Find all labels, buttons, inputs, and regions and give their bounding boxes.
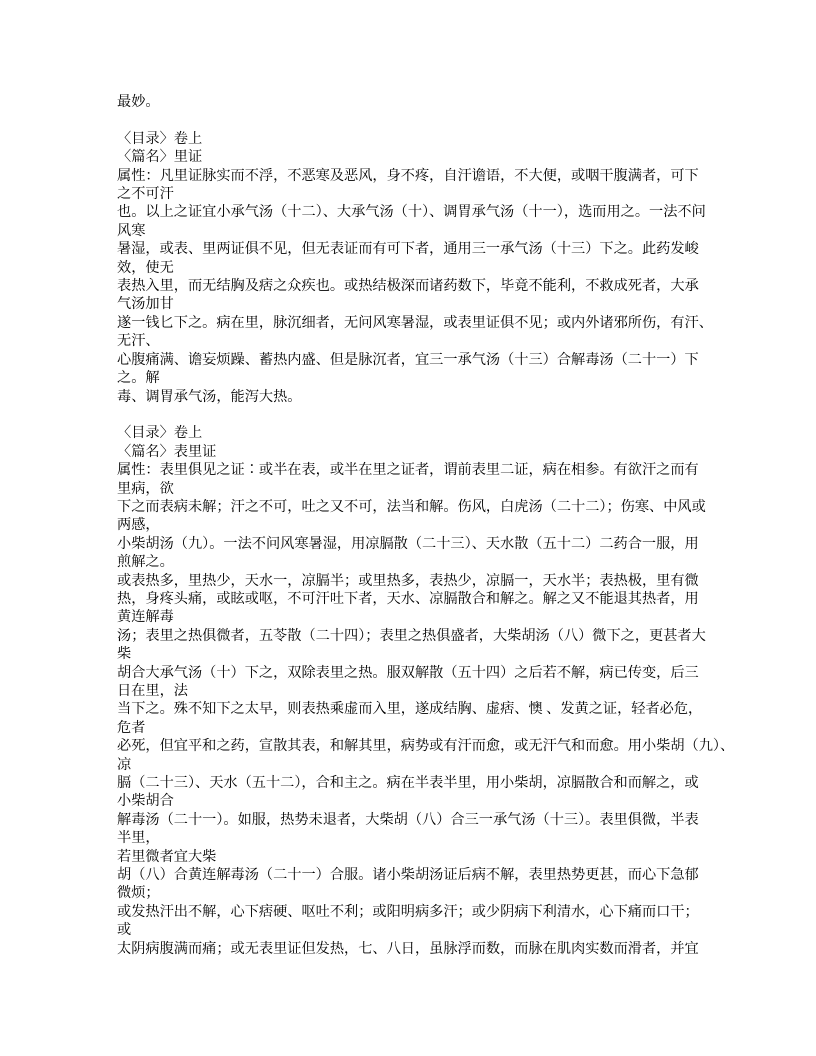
text-line: 也。以上之证宜小承气汤（十二）、大承气汤（十）、调胃承气汤（十一），选而用之。一…	[117, 203, 726, 221]
text-line: 柴	[117, 645, 726, 663]
text-line: 风寒	[117, 222, 726, 240]
text-line: 下之而表病未解；汗之不可，吐之又不可，法当和解。伤风，白虎汤（二十二）；伤寒、中…	[117, 498, 726, 516]
text-line: 表热入里，而无结胸及痞之众疾也。或热结极深而诸药数下，毕竟不能利，不救成死者，大…	[117, 277, 726, 295]
text-line: 〈目录〉卷上	[117, 130, 726, 148]
text-line: 凉	[117, 756, 726, 774]
text-line: 或发热汗出不解，心下痞硬、呕吐不利；或阳明病多汗；或少阴病下利清水，心下痛而口干…	[117, 903, 726, 921]
text-line: 微烦；	[117, 884, 726, 902]
text-line: 两感，	[117, 516, 726, 534]
text-line: 气汤加甘	[117, 295, 726, 313]
text-line: 胡合大承气汤（十）下之，双除表里之热。服双解散（五十四）之后若不解，病已传变，后…	[117, 664, 726, 682]
text-line: 遂一钱匕下之。病在里，脉沉细者，无问风寒暑湿，或表里证俱不见；或内外诸邪所伤，有…	[117, 314, 726, 332]
text-line: 无汗、	[117, 332, 726, 350]
text-line: 〈篇名〉里证	[117, 148, 726, 166]
blank-line	[117, 111, 726, 129]
text-line: 暑湿，或表、里两证俱不见，但无表证而有可下者，通用三一承气汤（十三）下之。此药发…	[117, 240, 726, 258]
text-line: 之。解	[117, 369, 726, 387]
text-line: 小柴胡合	[117, 792, 726, 810]
text-line: 煎解之。	[117, 553, 726, 571]
text-line: 半里，	[117, 829, 726, 847]
text-line: 胡（八）合黄连解毒汤（二十一）合服。诸小柴胡汤证后病不解，表里热势更甚，而心下急…	[117, 866, 726, 884]
blank-line	[117, 406, 726, 424]
text-line: 或表热多，里热少，天水一，凉膈半；或里热多，表热少，凉膈一，天水半；表热极，里有…	[117, 572, 726, 590]
text-line: 里病，欲	[117, 480, 726, 498]
text-line: 毒、调胃承气汤，能泻大热。	[117, 388, 726, 406]
text-line: 必死，但宜平和之药，宣散其表，和解其里，病势或有汗而愈，或无汗气和而愈。用小柴胡…	[117, 737, 726, 755]
text-line: 解毒汤（二十一）。如服，热势未退者，大柴胡（八）合三一承气汤（十三）。表里俱微，…	[117, 811, 726, 829]
document-body: 最妙。 〈目录〉卷上〈篇名〉里证属性：凡里证脉实而不浮，不恶寒及恶风，身不疼，自…	[117, 93, 726, 958]
text-line: 太阴病腹满而痛；或无表里证但发热，七、八日，虽脉浮而数，而脉在肌肉实数而滑者，并…	[117, 940, 726, 958]
document-page: 最妙。 〈目录〉卷上〈篇名〉里证属性：凡里证脉实而不浮，不恶寒及恶风，身不疼，自…	[0, 0, 816, 1056]
text-line: 心腹痛满、谵妄烦躁、蓄热内盛、但是脉沉者，宜三一承气汤（十三）合解毒汤（二十一）…	[117, 351, 726, 369]
text-line: 当下之。殊不知下之太早，则表热乘虚而入里，遂成结胸、虚痞、懊 、发黄之证，轻者必…	[117, 700, 726, 718]
text-line: 小柴胡汤（九）。一法不问风寒暑湿，用凉膈散（二十三）、天水散（五十二）二药合一服…	[117, 535, 726, 553]
text-line: 热，身疼头痛，或眩或呕，不可汗吐下者，天水、凉膈散合和解之。解之又不能退其热者，…	[117, 590, 726, 608]
text-line: 属性：凡里证脉实而不浮，不恶寒及恶风，身不疼，自汗谵语，不大便，或咽干腹满者，可…	[117, 167, 726, 185]
text-line: 之不可汗	[117, 185, 726, 203]
text-line: 黄连解毒	[117, 608, 726, 626]
text-line: 汤；表里之热俱微者，五苓散（二十四）；表里之热俱盛者，大柴胡汤（八）微下之，更甚…	[117, 627, 726, 645]
text-line: 危者	[117, 719, 726, 737]
text-line: 最妙。	[117, 93, 726, 111]
text-line: 属性：表里俱见之证∶或半在表，或半在里之证者，谓前表里二证，病在相参。有欲汗之而…	[117, 461, 726, 479]
text-line: 若里微者宜大柴	[117, 848, 726, 866]
text-line: 日在里，法	[117, 682, 726, 700]
text-line: 膈（二十三）、天水（五十二），合和主之。病在半表半里，用小柴胡，凉膈散合和而解之…	[117, 774, 726, 792]
text-line: 效，使无	[117, 259, 726, 277]
text-line: 〈篇名〉表里证	[117, 443, 726, 461]
text-line: 〈目录〉卷上	[117, 424, 726, 442]
text-line: 或	[117, 921, 726, 939]
